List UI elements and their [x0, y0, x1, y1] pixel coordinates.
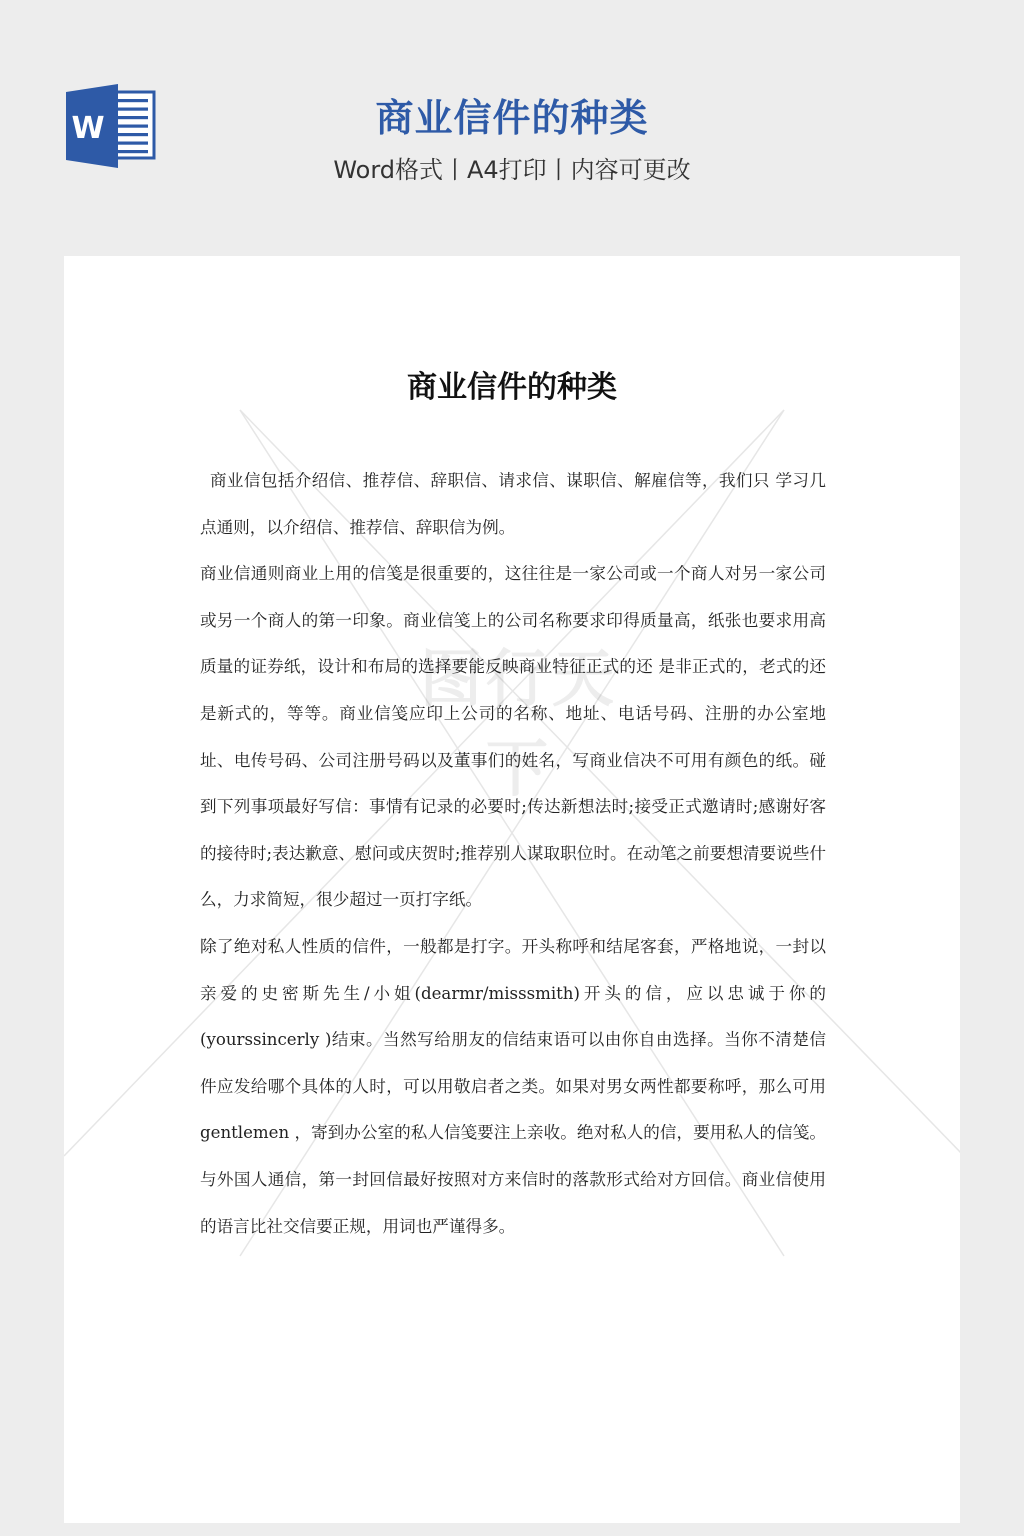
- paragraph-letterhead: 商业信通则商业上用的信笺是很重要的，这往往是一家公司或一个商人对另一家公司或另一…: [200, 551, 826, 924]
- header-title: 商业信件的种类: [0, 92, 1024, 144]
- document-title: 商业信件的种类: [64, 364, 960, 412]
- paragraph-salutation: 除了绝对私人性质的信件，一般都是打字。开头称呼和结尾客套，严格地说，一封以亲爱的…: [200, 924, 826, 1250]
- document-page: 图行天下 商业信件的种类 商业信包括介绍信、推荐信、辞职信、请求信、谋职信、解雇…: [64, 256, 960, 1523]
- paragraph-intro: 商业信包括介绍信、推荐信、辞职信、请求信、谋职信、解雇信等，我们只 学习几点通则…: [200, 458, 826, 551]
- header-subtitle: Word格式丨A4打印丨内容可更改: [0, 152, 1024, 188]
- document-body: 商业信包括介绍信、推荐信、辞职信、请求信、谋职信、解雇信等，我们只 学习几点通则…: [200, 458, 826, 1250]
